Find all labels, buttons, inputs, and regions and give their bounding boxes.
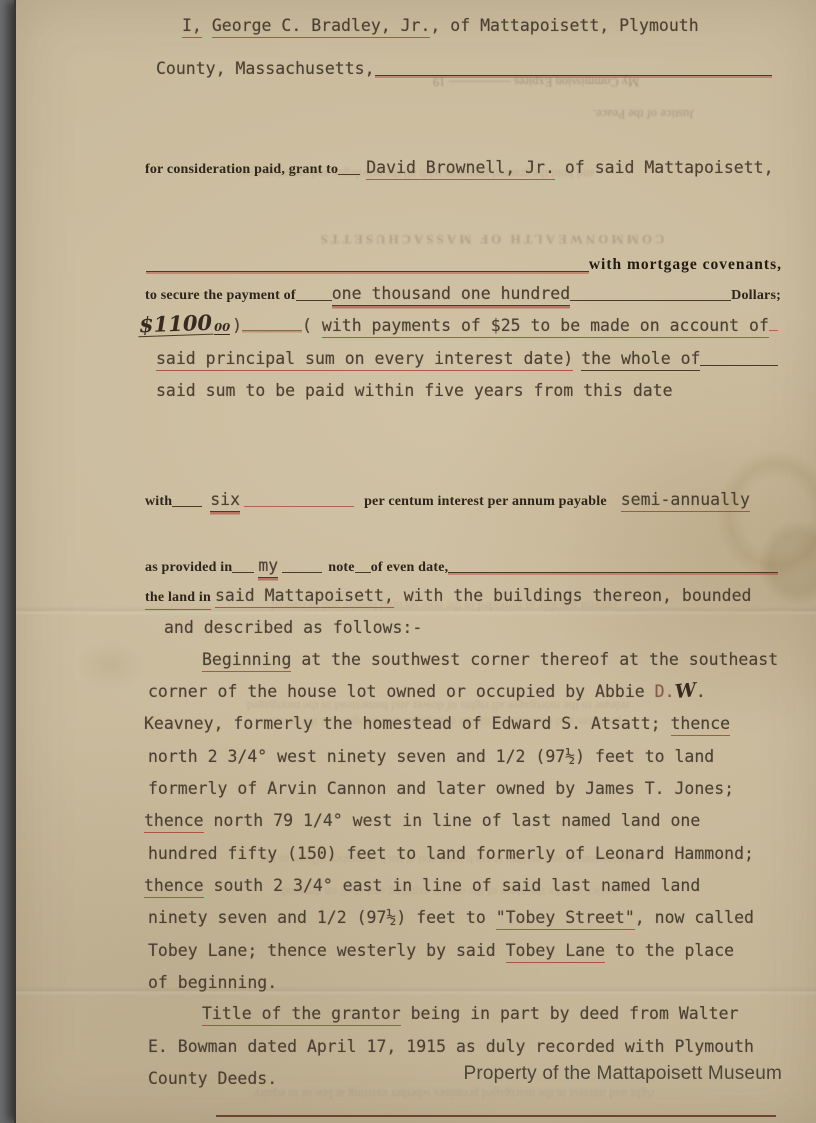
bleed-through-text: COMMONWEALTH OF MASSACHUSETTS	[316, 232, 666, 247]
line-mortgage-covenants: with mortgage covenants,	[146, 253, 782, 276]
typed-text: being in part by deed from Walter	[401, 1002, 739, 1025]
typed-text-red-underlined: Tobey Lane	[506, 939, 605, 963]
typed-text-on-rule: the whole of	[581, 347, 700, 371]
typed-text: south 2 3/4° east in line of said last n…	[204, 874, 701, 897]
form-rule-line	[769, 329, 778, 331]
line-description-5: formerly of Arvin Cannon and later owned…	[148, 777, 734, 800]
printed-form-text: as provided in	[145, 556, 232, 579]
typed-text-red-underlined: six	[210, 488, 240, 512]
form-rule-line	[172, 505, 202, 507]
typed-text: to the place	[605, 939, 734, 962]
printed-form-text: with	[145, 490, 172, 513]
line-amount-figures: $110000)( with payments of $25 to be mad…	[138, 312, 778, 335]
typed-text: of beginning.	[148, 971, 277, 994]
typed-text: , of Mattapoisett, Plymouth	[430, 14, 698, 37]
line-description-10: Tobey Lane; thence westerly by said Tobe…	[148, 939, 734, 962]
line-payment-terms: said principal sum on every interest dat…	[156, 347, 778, 370]
typed-text-red-underlined: Title of the grantor	[202, 1002, 401, 1026]
line-title-source-1: Title of the grantor being in part by de…	[202, 1002, 738, 1025]
line-description-9: ninety seven and 1/2 (97½) feet to "Tobe…	[148, 906, 754, 929]
line-description-6: thence north 79 1/4° west in line of las…	[144, 809, 700, 832]
deed-document-page: Property of the Mattapoisett Museum I,Ge…	[14, 0, 816, 1123]
line-interest: withsixper centum interest per annum pay…	[145, 488, 750, 511]
printed-form-text: of even date,	[371, 556, 449, 579]
typed-text-red-underlined: Beginning	[202, 648, 291, 672]
typed-text: , now called	[635, 906, 754, 929]
typed-text-red-underlined: with payments of $25 to be made on accou…	[322, 314, 769, 338]
form-rule-line	[216, 1114, 776, 1117]
typed-text-faded: D.	[655, 680, 675, 703]
form-rule-line	[244, 505, 354, 507]
line-county: County, Massachusetts,	[156, 57, 772, 80]
typed-text: Keavney, formerly the homestead of Edwar…	[144, 712, 671, 735]
form-rule-line	[355, 571, 371, 573]
form-rule-line	[242, 329, 302, 331]
line-property-intro: the land insaid Mattapoisett, with the b…	[145, 584, 751, 607]
typed-text-red-underlined: one thousand one hundred	[332, 282, 570, 306]
typed-text: formerly of Arvin Cannon and later owned…	[148, 777, 734, 800]
line-grantor: I,George C. Bradley, Jr., of Mattapoiset…	[182, 14, 699, 37]
typed-text: with the buildings thereon, bounded	[394, 584, 752, 607]
typed-text: )	[232, 314, 242, 337]
typed-text: north 79 1/4° west in line of last named…	[204, 809, 701, 832]
form-rule-line	[448, 571, 778, 573]
line-description-11: of beginning.	[148, 971, 277, 994]
typed-text-red-underlined: I,	[182, 14, 202, 38]
line-title-source-3: County Deeds.	[148, 1067, 277, 1090]
handwritten-letter: W	[673, 679, 697, 703]
form-rule-line	[338, 173, 360, 175]
paper-crease	[16, 986, 816, 996]
line-property-intro-2: and described as follows:-	[164, 616, 422, 639]
typed-text-red-underlined: "Tobey Street"	[496, 906, 635, 930]
line-note: as provided inmynoteof even date,	[145, 554, 778, 577]
line-description-2: corner of the house lot owned or occupie…	[148, 680, 706, 703]
form-rule-line	[570, 299, 731, 301]
line-description-7: hundred fifty (150) feet to land formerl…	[148, 842, 754, 865]
form-rule-line	[282, 571, 322, 573]
form-rule-line	[232, 571, 254, 573]
typed-text: County Deeds.	[148, 1067, 277, 1090]
typed-text: Tobey Lane; thence westerly by said	[148, 939, 506, 962]
printed-form-text-underlined: the land in	[145, 586, 211, 610]
typed-text-red-underlined: said principal sum on every interest dat…	[156, 347, 573, 371]
typed-text-red-underlined: semi-annually	[621, 488, 750, 512]
line-description-8: thence south 2 3/4° east in line of said…	[144, 874, 700, 897]
museum-watermark: Property of the Mattapoisett Museum	[463, 1063, 782, 1085]
bleed-through-text: Justice of the Peace.	[536, 106, 751, 121]
line-term: said sum to be paid within five years fr…	[156, 379, 673, 402]
typed-text-red-underlined: George C. Bradley, Jr.	[212, 14, 431, 38]
form-rule-line	[700, 364, 778, 366]
line-grantee: for consideration paid, grant toDavid Br…	[145, 156, 774, 179]
handwritten-amount: $1100	[138, 311, 214, 338]
line-title-source-2: E. Bowman dated April 17, 1915 as duly r…	[148, 1035, 754, 1058]
typed-text-red-underlined: thence	[671, 712, 731, 736]
printed-form-text: for consideration paid, grant to	[145, 158, 338, 181]
form-rule-line	[296, 299, 332, 301]
typed-text-red-underlined: David Brownell, Jr.	[366, 156, 555, 180]
typed-text-red-underlined: said Mattapoisett,	[215, 584, 394, 608]
line-description-4: north 2 3/4° west ninety seven and 1/2 (…	[148, 745, 714, 768]
typed-text: at the southwest corner thereof at the s…	[291, 648, 778, 671]
typed-text: corner of the house lot owned or occupie…	[148, 680, 655, 703]
form-rule-line	[375, 74, 772, 76]
paper-crease	[16, 606, 816, 616]
printed-form-text: note	[328, 556, 354, 579]
typed-text: and described as follows:-	[164, 616, 422, 639]
paper-stain	[76, 640, 146, 690]
typed-text: County, Massachusetts,	[156, 57, 375, 80]
typed-text: ninety seven and 1/2 (97½) feet to	[148, 906, 496, 929]
line-amount-words: to secure the payment ofone thousand one…	[145, 282, 781, 305]
line-bottom-rule	[216, 1098, 776, 1121]
form-rule-line	[146, 270, 589, 272]
typed-text: north 2 3/4° west ninety seven and 1/2 (…	[148, 745, 714, 768]
typed-text: (	[302, 314, 322, 337]
printed-form-text-gothic: with mortgage covenants,	[589, 252, 782, 276]
typed-text-red-underlined: my	[258, 554, 278, 578]
typed-text: E. Bowman dated April 17, 1915 as duly r…	[148, 1035, 754, 1058]
line-description-3: Keavney, formerly the homestead of Edwar…	[144, 712, 730, 735]
printed-form-text: per centum interest per annum payable	[364, 490, 607, 513]
printed-form-text: to secure the payment of	[145, 284, 296, 307]
line-description-1: Beginning at the southwest corner thereo…	[202, 648, 778, 671]
typed-text-red-underlined: thence	[144, 874, 204, 898]
typed-text-red-underlined: thence	[144, 809, 204, 833]
typed-text: said sum to be paid within five years fr…	[156, 379, 673, 402]
printed-form-text: Dollars;	[731, 284, 781, 307]
typed-text: of said Mattapoisett,	[555, 156, 774, 179]
typed-text: hundred fifty (150) feet to land formerl…	[148, 842, 754, 865]
handwritten-amount-cents: 00	[214, 320, 230, 335]
